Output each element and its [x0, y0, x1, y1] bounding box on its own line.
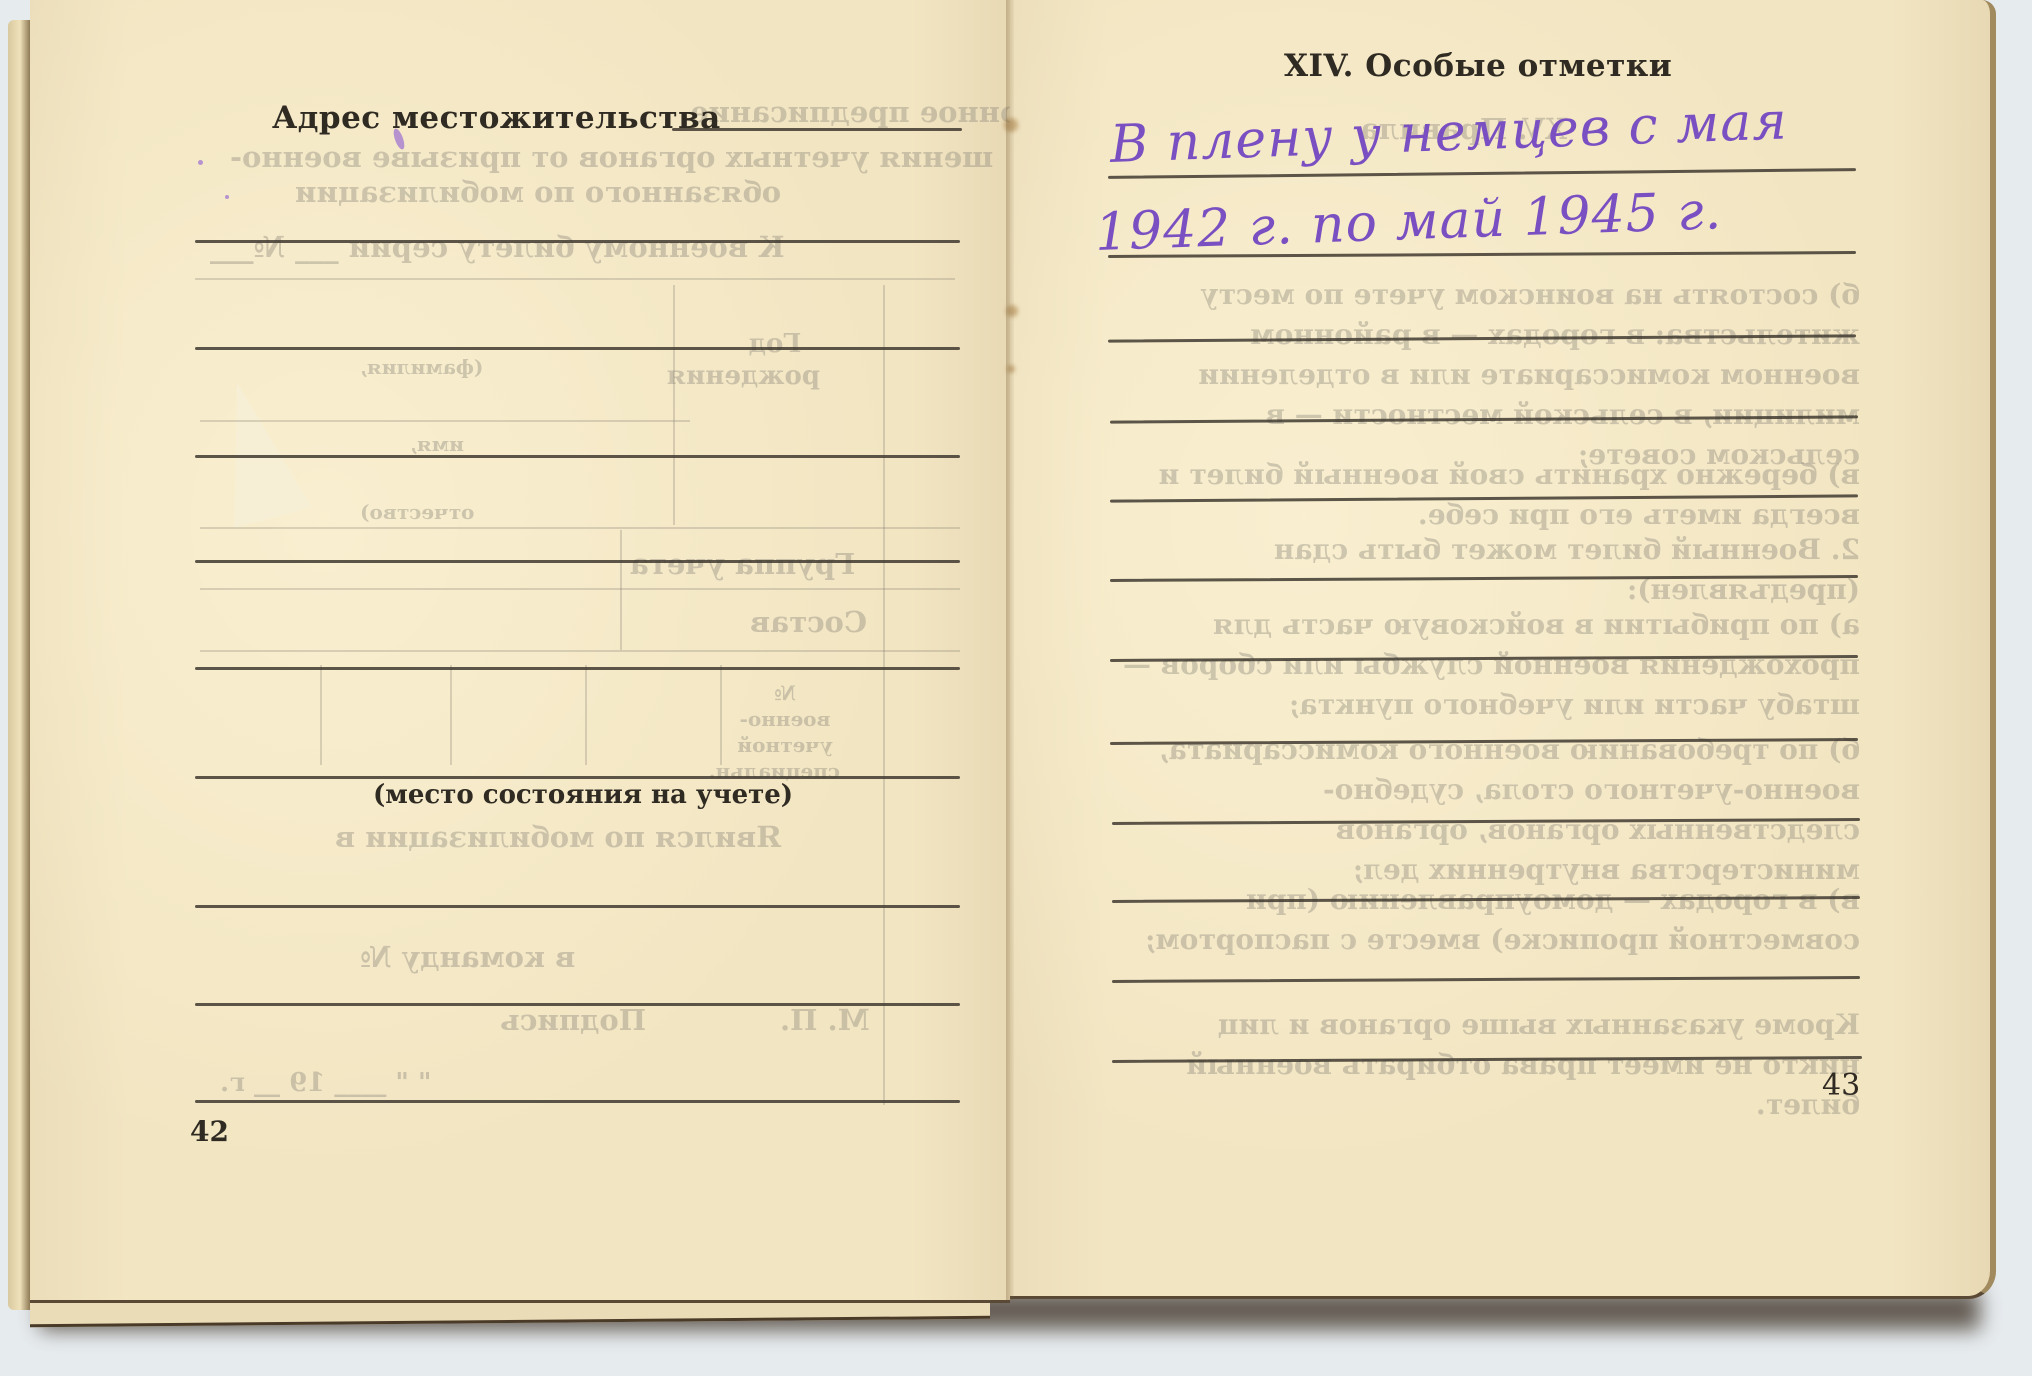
ghost-title-line-2: шения учетных органов от призыве военно- — [230, 140, 993, 174]
ghost-item-1: б) состоять на воинском учете по месту ж… — [1120, 275, 1860, 475]
ghost-patronymic-hint: отчество) — [360, 500, 474, 524]
ghost-group: Группа учета — [630, 547, 855, 581]
ghost-composition: Состав — [750, 605, 867, 639]
ghost-line — [200, 588, 960, 590]
ghost-appear: Явился по мобилизации в — [335, 820, 782, 854]
ghost-date: " " ____ 19 __ г. — [220, 1068, 432, 1098]
address-line-4 — [195, 455, 960, 458]
address-line-7 — [195, 776, 960, 779]
ghost-stamp: М. П. — [780, 1003, 870, 1037]
ghost-vline — [450, 665, 452, 765]
ghost-line — [200, 420, 690, 422]
ink-speck — [198, 160, 203, 165]
page-number-right: 43 — [1822, 1068, 1860, 1103]
special-notes-heading: XIV. Особые отметки — [1284, 48, 1672, 84]
notes-line-11 — [1112, 976, 1860, 983]
address-heading: Адрес местожительства — [272, 100, 721, 136]
ghost-line — [195, 278, 955, 280]
address-line-9 — [195, 1003, 960, 1006]
registration-place-caption: (место состояния на учете) — [373, 780, 793, 810]
handwritten-note-line-2: 1942 г. по май 1945 г. — [1094, 181, 1723, 263]
address-line-10 — [195, 1100, 960, 1103]
address-line-2 — [195, 240, 960, 243]
ghost-item-6: в) в городах — домоуправлению (при совме… — [1120, 880, 1860, 960]
ghost-row-1: К военному билету серии ___ №___ — [210, 230, 785, 264]
address-line-3 — [195, 347, 960, 350]
ghost-vline — [883, 285, 885, 1105]
address-line-5 — [195, 560, 960, 563]
ghost-name-hint: имя, — [410, 432, 464, 456]
page-number-left: 42 — [190, 1115, 229, 1148]
ghost-signature: Подпись — [500, 1003, 646, 1037]
ink-speck — [225, 195, 229, 199]
ghost-vline — [585, 665, 587, 765]
ghost-surname-hint: (фамилия, — [360, 355, 483, 379]
ghost-title-line-3: обязанного по мобилизации — [295, 175, 781, 209]
right-page: XV. Правила б) состоять на воинском учет… — [1010, 0, 1996, 1299]
ghost-vline — [320, 665, 322, 765]
address-line-6 — [195, 667, 960, 670]
ghost-item-5: б) по требованию военного комиссариата, … — [1120, 730, 1860, 890]
handwritten-note-line-1: В плену у немцев с мая — [1109, 91, 1789, 175]
ghost-item-4: а) по прибытии в войсковую часть для про… — [1120, 605, 1860, 725]
ghost-item-7: Кроме указанных выше органов и лиц никто… — [1120, 1005, 1860, 1125]
ghost-line — [200, 650, 960, 652]
ghost-item-3: 2. Военный билет может быть сдан (предъя… — [1100, 530, 1860, 610]
ghost-vus: № военно-учетной специальн. — [730, 680, 840, 784]
ghost-vline — [620, 530, 622, 650]
address-line-8 — [195, 905, 960, 908]
book-spine — [1006, 0, 1014, 1300]
left-page: XIII. Мобилизационное предписание шения … — [30, 0, 1010, 1303]
ghost-team: в команду № — [360, 940, 575, 974]
ghost-vline — [720, 665, 722, 765]
torn-corner — [198, 372, 312, 528]
address-line-1 — [672, 128, 962, 131]
ghost-vline — [673, 285, 675, 525]
ghost-col-year: Год рождения — [730, 328, 820, 392]
ghost-line — [200, 527, 960, 529]
